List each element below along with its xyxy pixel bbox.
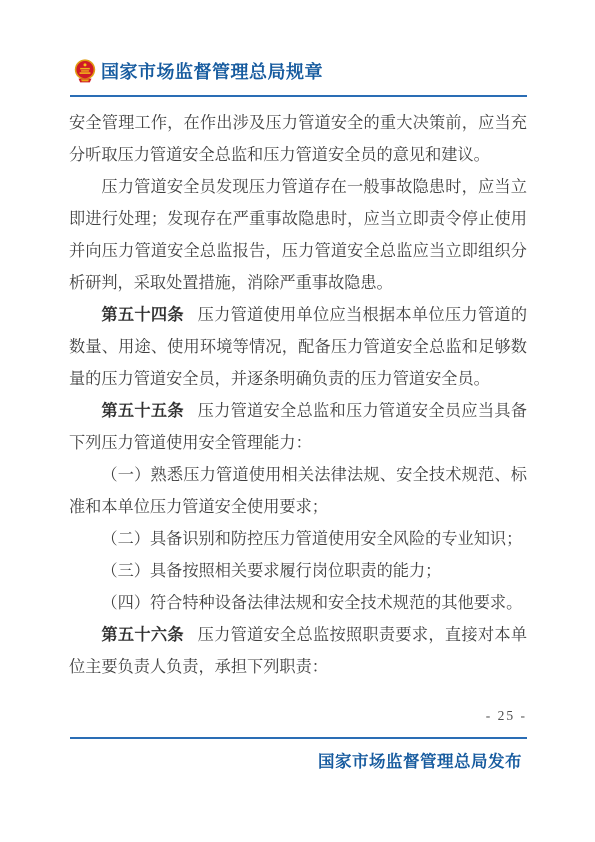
paragraph-text: 安全管理工作，在作出涉及压力管道安全的重大决策前，应当充分听取压力管道安全总监和… [69, 114, 527, 164]
article-number: 第五十四条 [101, 306, 183, 324]
body-paragraph: 第五十四条压力管道使用单位应当根据本单位压力管道的数量、用途、使用环境等情况，配… [69, 299, 527, 395]
paragraph-text: （二）具备识别和防控压力管道使用安全风险的专业知识； [101, 530, 522, 548]
article-number: 第五十六条 [101, 626, 183, 644]
body-paragraph: 第五十五条压力管道安全总监和压力管道安全员应当具备下列压力管道使用安全管理能力： [69, 395, 527, 459]
body-paragraph: （三）具备按照相关要求履行岗位职责的能力； [69, 555, 527, 587]
page-title: 国家市场监督管理总局规章 [101, 58, 323, 84]
footer-divider [70, 737, 527, 739]
publisher-line: 国家市场监督管理总局发布 [318, 748, 522, 772]
china-national-emblem-icon [74, 59, 96, 83]
body-paragraph: （四）符合特种设备法律法规和安全技术规范的其他要求。 [69, 587, 527, 619]
body-paragraph: 压力管道安全员发现压力管道存在一般事故隐患时，应当立即进行处理；发现存在严重事故… [69, 171, 527, 299]
page-header: 国家市场监督管理总局规章 [74, 58, 527, 84]
document-page: 国家市场监督管理总局规章 安全管理工作，在作出涉及压力管道安全的重大决策前，应当… [0, 0, 595, 842]
paragraph-text: （三）具备按照相关要求履行岗位职责的能力； [101, 562, 441, 580]
page-number: - 25 - [486, 708, 527, 724]
body-paragraph: （二）具备识别和防控压力管道使用安全风险的专业知识； [69, 523, 527, 555]
paragraph-text: （一）熟悉压力管道使用相关法律法规、安全技术规范、标准和本单位压力管道安全使用要… [69, 466, 527, 516]
body-paragraph: 安全管理工作，在作出涉及压力管道安全的重大决策前，应当充分听取压力管道安全总监和… [69, 107, 527, 171]
paragraph-text: （四）符合特种设备法律法规和安全技术规范的其他要求。 [101, 594, 522, 612]
body-paragraph: 第五十六条压力管道安全总监按照职责要求，直接对本单位主要负责人负责，承担下列职责… [69, 619, 527, 683]
body-paragraph: （一）熟悉压力管道使用相关法律法规、安全技术规范、标准和本单位压力管道安全使用要… [69, 459, 527, 523]
document-body: 安全管理工作，在作出涉及压力管道安全的重大决策前，应当充分听取压力管道安全总监和… [69, 107, 527, 683]
paragraph-text: 压力管道安全员发现压力管道存在一般事故隐患时，应当立即进行处理；发现存在严重事故… [69, 178, 527, 292]
article-number: 第五十五条 [101, 402, 183, 420]
header-divider [70, 95, 527, 97]
